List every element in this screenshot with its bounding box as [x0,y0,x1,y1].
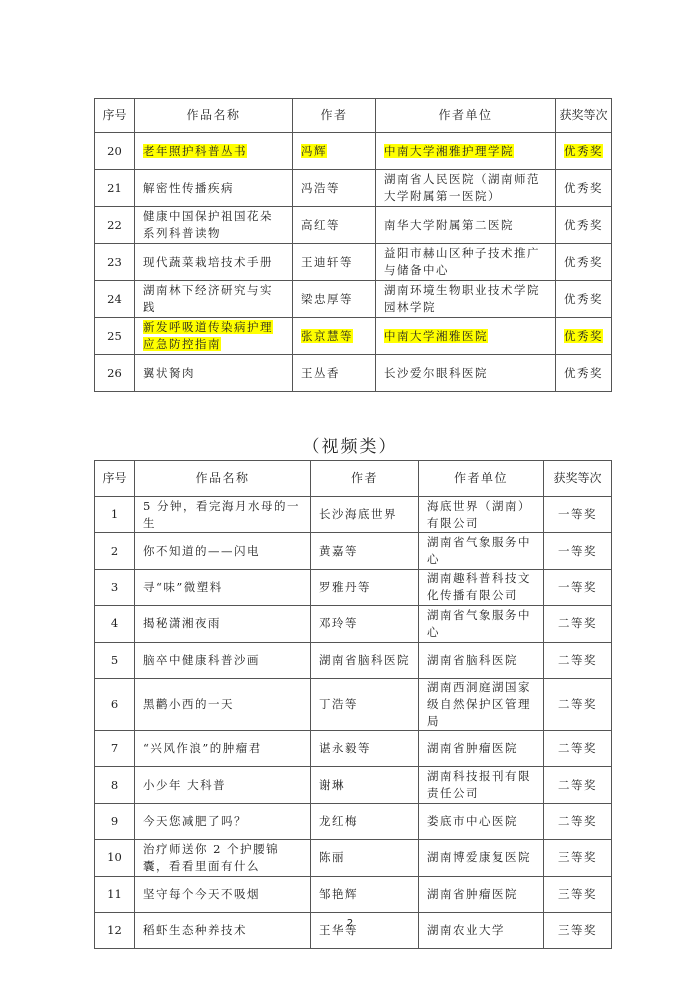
cell-title: 新发呼吸道传染病护理应急防控指南 [135,318,293,355]
header-author: 作者 [293,99,376,133]
cell-no: 26 [95,355,135,392]
cell-no: 6 [95,678,135,730]
cell-award: 优秀奖 [556,244,612,281]
cell-author: 王丛香 [293,355,376,392]
table-row: 8小少年 大科普谢琳湖南科技报刊有限责任公司二等奖 [95,767,612,803]
cell-author: 邹艳辉 [311,876,419,912]
cell-title: 小少年 大科普 [135,767,311,803]
cell-title: “兴风作浪”的肿瘤君 [135,730,311,766]
cell-title: 健康中国保护祖国花朵系列科普读物 [135,207,293,244]
header-author: 作者 [311,461,419,497]
cell-author: 龙红梅 [311,803,419,839]
cell-award: 优秀奖 [556,170,612,207]
table-row: 21解密性传播疾病冯浩等湖南省人民医院（湖南师范大学附属第一医院）优秀奖 [95,170,612,207]
cell-unit: 长沙爱尔眼科医院 [376,355,556,392]
cell-unit: 湖南省气象服务中心 [419,606,544,642]
cell-no: 9 [95,803,135,839]
cell-title: 治疗师送你 2 个护腰锦囊，看看里面有什么 [135,840,311,876]
table-row: 25新发呼吸道传染病护理应急防控指南张京慧等中南大学湘雅医院优秀奖 [95,318,612,355]
cell-no: 25 [95,318,135,355]
cell-award: 优秀奖 [556,207,612,244]
cell-author: 邓玲等 [311,606,419,642]
highlighted-text: 冯辉 [301,144,327,158]
cell-award: 二等奖 [544,606,612,642]
cell-award: 三等奖 [544,840,612,876]
cell-title: 揭秘潇湘夜雨 [135,606,311,642]
cell-title: 现代蔬菜栽培技术手册 [135,244,293,281]
cell-author: 谌永毅等 [311,730,419,766]
cell-unit: 南华大学附属第二医院 [376,207,556,244]
header-title: 作品名称 [135,461,311,497]
table-row: 2你不知道的——闪电黄嘉等湖南省气象服务中心一等奖 [95,533,612,569]
cell-unit: 湖南科技报刊有限责任公司 [419,767,544,803]
cell-author: 冯浩等 [293,170,376,207]
cell-author: 高红等 [293,207,376,244]
cell-title: 老年照护科普丛书 [135,133,293,170]
table-row: 20老年照护科普丛书冯辉中南大学湘雅护理学院优秀奖 [95,133,612,170]
header-title: 作品名称 [135,99,293,133]
cell-award: 二等奖 [544,730,612,766]
cell-author: 陈丽 [311,840,419,876]
cell-author: 冯辉 [293,133,376,170]
cell-unit: 湖南西洞庭湖国家级自然保护区管理局 [419,678,544,730]
header-award: 获奖等次 [556,99,612,133]
cell-award: 二等奖 [544,678,612,730]
cell-title: 寻“味”微塑料 [135,569,311,605]
highlighted-text: 中南大学湘雅护理学院 [384,144,514,158]
cell-author: 罗雅丹等 [311,569,419,605]
cell-no: 8 [95,767,135,803]
cell-title: 脑卒中健康科普沙画 [135,642,311,678]
cell-award: 二等奖 [544,642,612,678]
cell-unit: 海底世界（湖南）有限公司 [419,497,544,533]
cell-unit: 湖南省脑科医院 [419,642,544,678]
cell-no: 4 [95,606,135,642]
awards-table-books: 序号 作品名称 作者 作者单位 获奖等次 20老年照护科普丛书冯辉中南大学湘雅护… [94,98,612,392]
cell-no: 22 [95,207,135,244]
table-row: 6黑鹳小西的一天丁浩等湖南西洞庭湖国家级自然保护区管理局二等奖 [95,678,612,730]
cell-award: 二等奖 [544,767,612,803]
cell-no: 5 [95,642,135,678]
cell-award: 一等奖 [544,533,612,569]
cell-title: 你不知道的——闪电 [135,533,311,569]
cell-unit: 湖南环境生物职业技术学院园林学院 [376,281,556,318]
highlighted-text: 张京慧等 [301,329,353,343]
table-row: 15 分钟，看完海月水母的一生长沙海底世界海底世界（湖南）有限公司一等奖 [95,497,612,533]
header-no: 序号 [95,461,135,497]
cell-no: 7 [95,730,135,766]
table-row: 7“兴风作浪”的肿瘤君谌永毅等湖南省肿瘤医院二等奖 [95,730,612,766]
table-row: 23现代蔬菜栽培技术手册王迪轩等益阳市赫山区种子技术推广与储备中心优秀奖 [95,244,612,281]
table-row: 3寻“味”微塑料罗雅丹等湖南趣科普科技文化传播有限公司一等奖 [95,569,612,605]
cell-award: 优秀奖 [556,281,612,318]
cell-unit: 中南大学湘雅护理学院 [376,133,556,170]
cell-title: 翼状胬肉 [135,355,293,392]
cell-title: 解密性传播疾病 [135,170,293,207]
header-unit: 作者单位 [376,99,556,133]
highlighted-text: 老年照护科普丛书 [143,144,247,158]
cell-no: 1 [95,497,135,533]
cell-award: 优秀奖 [556,318,612,355]
table-header-row: 序号 作品名称 作者 作者单位 获奖等次 [95,99,612,133]
table-row: 5脑卒中健康科普沙画湖南省脑科医院湖南省脑科医院二等奖 [95,642,612,678]
cell-award: 优秀奖 [556,355,612,392]
awards-table-video: 序号 作品名称 作者 作者单位 获奖等次 15 分钟，看完海月水母的一生长沙海底… [94,460,612,949]
table-header-row: 序号 作品名称 作者 作者单位 获奖等次 [95,461,612,497]
cell-no: 10 [95,840,135,876]
cell-title: 坚守每个今天不吸烟 [135,876,311,912]
cell-unit: 娄底市中心医院 [419,803,544,839]
cell-award: 优秀奖 [556,133,612,170]
table-row: 10治疗师送你 2 个护腰锦囊，看看里面有什么陈丽湖南博爱康复医院三等奖 [95,840,612,876]
page-number: 2 [0,918,700,929]
highlighted-text: 新发呼吸道传染病护理应急防控指南 [143,320,273,351]
cell-author: 湖南省脑科医院 [311,642,419,678]
cell-no: 24 [95,281,135,318]
table-row: 26翼状胬肉王丛香长沙爱尔眼科医院优秀奖 [95,355,612,392]
header-unit: 作者单位 [419,461,544,497]
highlighted-text: 优秀奖 [564,329,603,343]
cell-no: 20 [95,133,135,170]
header-award: 获奖等次 [544,461,612,497]
section-title-video: （视频类） [0,432,700,457]
cell-unit: 湖南趣科普科技文化传播有限公司 [419,569,544,605]
highlighted-text: 优秀奖 [564,144,603,158]
header-no: 序号 [95,99,135,133]
cell-award: 一等奖 [544,569,612,605]
cell-no: 23 [95,244,135,281]
table-row: 4揭秘潇湘夜雨邓玲等湖南省气象服务中心二等奖 [95,606,612,642]
cell-unit: 湖南省肿瘤医院 [419,876,544,912]
cell-award: 一等奖 [544,497,612,533]
cell-no: 11 [95,876,135,912]
cell-award: 三等奖 [544,876,612,912]
cell-unit: 湖南省肿瘤医院 [419,730,544,766]
cell-title: 今天您减肥了吗？ [135,803,311,839]
cell-author: 梁忠厚等 [293,281,376,318]
cell-unit: 湖南省人民医院（湖南师范大学附属第一医院） [376,170,556,207]
cell-title: 湖南林下经济研究与实践 [135,281,293,318]
cell-no: 21 [95,170,135,207]
cell-author: 黄嘉等 [311,533,419,569]
cell-unit: 中南大学湘雅医院 [376,318,556,355]
highlighted-text: 中南大学湘雅医院 [384,329,488,343]
cell-award: 二等奖 [544,803,612,839]
cell-unit: 湖南省气象服务中心 [419,533,544,569]
cell-title: 5 分钟，看完海月水母的一生 [135,497,311,533]
table-row: 24湖南林下经济研究与实践梁忠厚等湖南环境生物职业技术学院园林学院优秀奖 [95,281,612,318]
cell-author: 张京慧等 [293,318,376,355]
table-row: 9今天您减肥了吗？龙红梅娄底市中心医院二等奖 [95,803,612,839]
cell-unit: 益阳市赫山区种子技术推广与储备中心 [376,244,556,281]
cell-author: 谢琳 [311,767,419,803]
cell-author: 长沙海底世界 [311,497,419,533]
cell-unit: 湖南博爱康复医院 [419,840,544,876]
cell-no: 2 [95,533,135,569]
table-row: 11坚守每个今天不吸烟邹艳辉湖南省肿瘤医院三等奖 [95,876,612,912]
cell-title: 黑鹳小西的一天 [135,678,311,730]
cell-author: 王迪轩等 [293,244,376,281]
table-row: 22健康中国保护祖国花朵系列科普读物高红等南华大学附属第二医院优秀奖 [95,207,612,244]
cell-author: 丁浩等 [311,678,419,730]
cell-no: 3 [95,569,135,605]
